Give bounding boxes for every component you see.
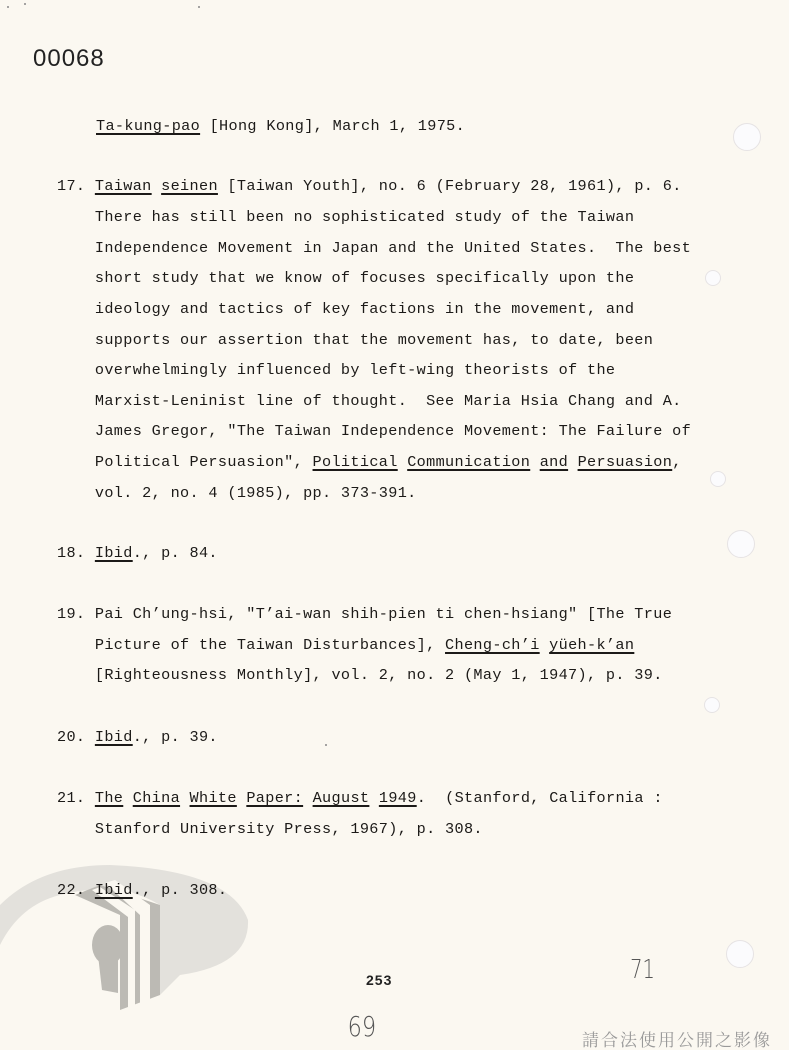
note-17-line: Marxist-Leninist line of thought. See Ma… [57, 392, 682, 410]
note-21-line: 21. The China White Paper: August 1949. … [57, 789, 663, 807]
note-19-line: 19. Pai Ch’ung-hsi, "T’ai-wan shih-pien … [57, 605, 672, 623]
underlined-title: August [313, 789, 370, 807]
punch-hole-icon [705, 270, 721, 286]
punch-hole-icon [733, 123, 761, 151]
underlined-title: Persuasion [578, 453, 673, 471]
note-text [180, 789, 189, 807]
note-text [398, 453, 407, 471]
note-text [540, 636, 549, 654]
page-number: 253 [366, 972, 392, 988]
handwritten-mark: 71 [630, 955, 655, 985]
note-text: 17. [57, 177, 95, 195]
underlined-title: Ibid [95, 728, 133, 746]
note-text [530, 453, 539, 471]
note-17-line: 17. Taiwan seinen [Taiwan Youth], no. 6 … [57, 177, 682, 195]
note-continuation-line: Ta-kung-pao [Hong Kong], March 1, 1975. [96, 117, 465, 135]
note-text [303, 789, 312, 807]
punch-hole-icon [710, 471, 726, 487]
note-text: short study that we know of focuses spec… [57, 269, 634, 287]
note-text: Political Persuasion", [57, 453, 313, 471]
archive-number: 00068 [33, 45, 105, 73]
note-text: [Righteousness Monthly], vol. 2, no. 2 (… [57, 666, 663, 684]
underlined-title: Ibid [95, 544, 133, 562]
note-text: [Taiwan Youth], no. 6 (February 28, 1961… [218, 177, 682, 195]
underlined-title: Ibid [95, 881, 133, 899]
underlined-title: yüeh-k’an [549, 636, 634, 654]
note-text [123, 789, 132, 807]
note-19-line: [Righteousness Monthly], vol. 2, no. 2 (… [57, 666, 663, 684]
note-21-line: Stanford University Press, 1967), p. 308… [57, 820, 483, 838]
underlined-title: Taiwan [95, 177, 152, 195]
underlined-title: Cheng-ch’i [445, 636, 540, 654]
note-text: overwhelmingly influenced by left-wing t… [57, 361, 615, 379]
note-text: Picture of the Taiwan Disturbances], [57, 636, 445, 654]
handwritten-mark: 69 [348, 1010, 377, 1043]
underlined-title: Political [313, 453, 398, 471]
note-text [152, 177, 161, 195]
note-text: 18. [57, 544, 95, 562]
note-text: ., p. 308. [133, 881, 228, 899]
note-text [568, 453, 577, 471]
note-text: There has still been no sophisticated st… [57, 208, 634, 226]
note-17-line: overwhelmingly influenced by left-wing t… [57, 361, 615, 379]
note-text: Independence Movement in Japan and the U… [57, 239, 691, 257]
note-text: Marxist-Leninist line of thought. See Ma… [57, 392, 682, 410]
note-text: James Gregor, "The Taiwan Independence M… [57, 422, 691, 440]
underlined-title: Ta-kung-pao [96, 117, 200, 135]
note-text: ideology and tactics of key factions in … [57, 300, 634, 318]
note-text: 20. [57, 728, 95, 746]
note-17-line: Independence Movement in Japan and the U… [57, 239, 691, 257]
punch-hole-icon [727, 530, 755, 558]
note-text: [Hong Kong], March 1, 1975. [200, 117, 465, 135]
note-17-line: vol. 2, no. 4 (1985), pp. 373-391. [57, 484, 417, 502]
note-text: 22. [57, 881, 95, 899]
note-text [369, 789, 378, 807]
punch-hole-icon [704, 697, 720, 713]
note-19-line: Picture of the Taiwan Disturbances], Che… [57, 636, 634, 654]
note-text: 21. [57, 789, 95, 807]
note-text: Stanford University Press, 1967), p. 308… [57, 820, 483, 838]
note-17-line: supports our assertion that the movement… [57, 331, 653, 349]
underlined-title: Paper: [246, 789, 303, 807]
underlined-title: and [540, 453, 568, 471]
underlined-title: The [95, 789, 123, 807]
underlined-title: China [133, 789, 180, 807]
underlined-title: Communication [407, 453, 530, 471]
punch-hole-icon [726, 940, 754, 968]
note-20-line: 20. Ibid., p. 39. [57, 728, 218, 746]
note-17-line: ideology and tactics of key factions in … [57, 300, 634, 318]
note-text: , [672, 453, 681, 471]
note-17-line: There has still been no sophisticated st… [57, 208, 634, 226]
note-text: . (Stanford, California : [417, 789, 663, 807]
note-17-line: Political Persuasion", Political Communi… [57, 453, 682, 471]
underlined-title: White [190, 789, 237, 807]
watermark-text: 請合法使用公開之影像 [582, 1026, 772, 1050]
note-text: ., p. 39. [133, 728, 218, 746]
note-text: ., p. 84. [133, 544, 218, 562]
note-text [237, 789, 246, 807]
underlined-title: 1949 [379, 789, 417, 807]
note-22-line: 22. Ibid., p. 308. [57, 881, 227, 899]
note-text: vol. 2, no. 4 (1985), pp. 373-391. [57, 484, 417, 502]
note-text: 19. Pai Ch’ung-hsi, "T’ai-wan shih-pien … [57, 605, 672, 623]
underlined-title: seinen [161, 177, 218, 195]
note-text: supports our assertion that the movement… [57, 331, 653, 349]
note-18-line: 18. Ibid., p. 84. [57, 544, 218, 562]
note-17-line: short study that we know of focuses spec… [57, 269, 634, 287]
archive-watermark-logo-icon [0, 845, 260, 1025]
note-17-line: James Gregor, "The Taiwan Independence M… [57, 422, 691, 440]
